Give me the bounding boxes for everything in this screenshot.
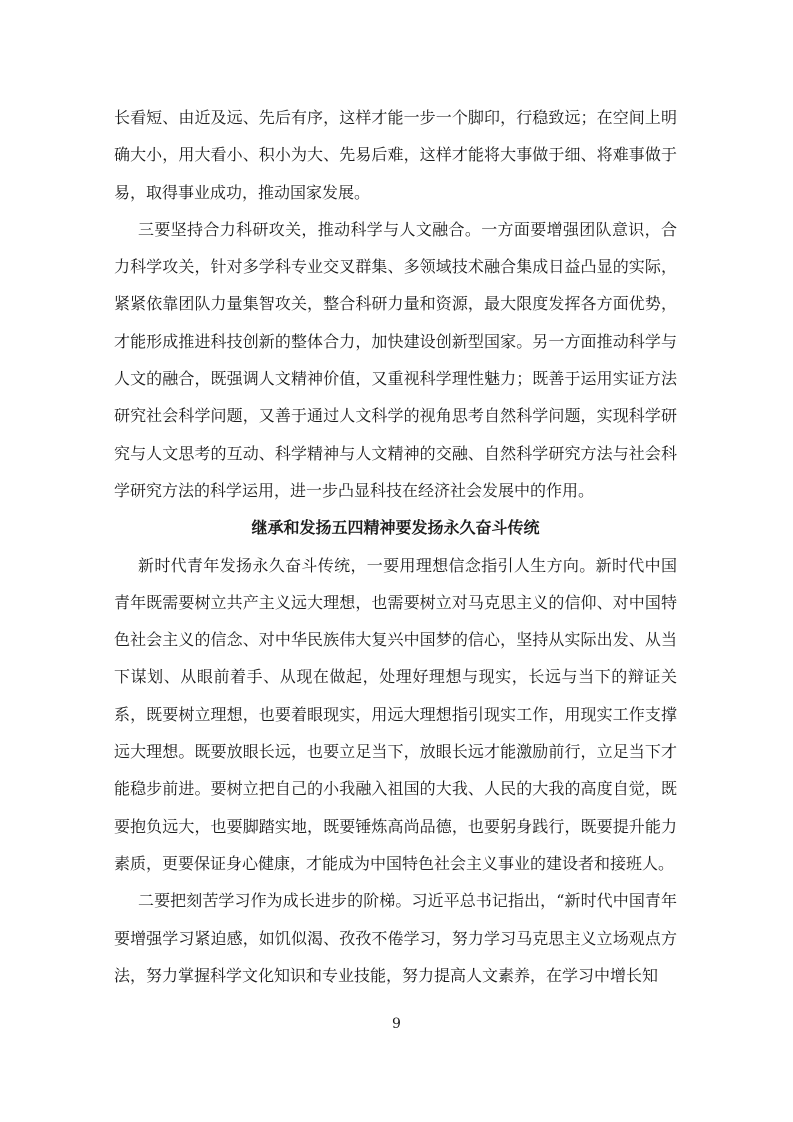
- section-heading: 继承和发扬五四精神要发扬永久奋斗传统: [114, 509, 677, 546]
- body-paragraph-continuation: 长看短、由近及远、先后有序，这样才能一步一个脚印，行稳致远；在空间上明确大小，用…: [114, 99, 677, 211]
- page-number: 9: [0, 1014, 793, 1034]
- body-paragraph: 三要坚持合力科研攻关，推动科学与人文融合。一方面要增强团队意识，合力科学攻关，针…: [114, 211, 677, 509]
- body-paragraph-cutoff: 二要把刻苦学习作为成长进步的阶梯。习近平总书记指出，“新时代中国青年要增强学习紧…: [114, 882, 677, 994]
- page-content: 长看短、由近及远、先后有序，这样才能一步一个脚印，行稳致远；在空间上明确大小，用…: [114, 99, 677, 994]
- body-paragraph: 新时代青年发扬永久奋斗传统，一要用理想信念指引人生方向。新时代中国青年既需要树立…: [114, 547, 677, 883]
- document-page: 长看短、由近及远、先后有序，这样才能一步一个脚印，行稳致远；在空间上明确大小，用…: [0, 0, 793, 1122]
